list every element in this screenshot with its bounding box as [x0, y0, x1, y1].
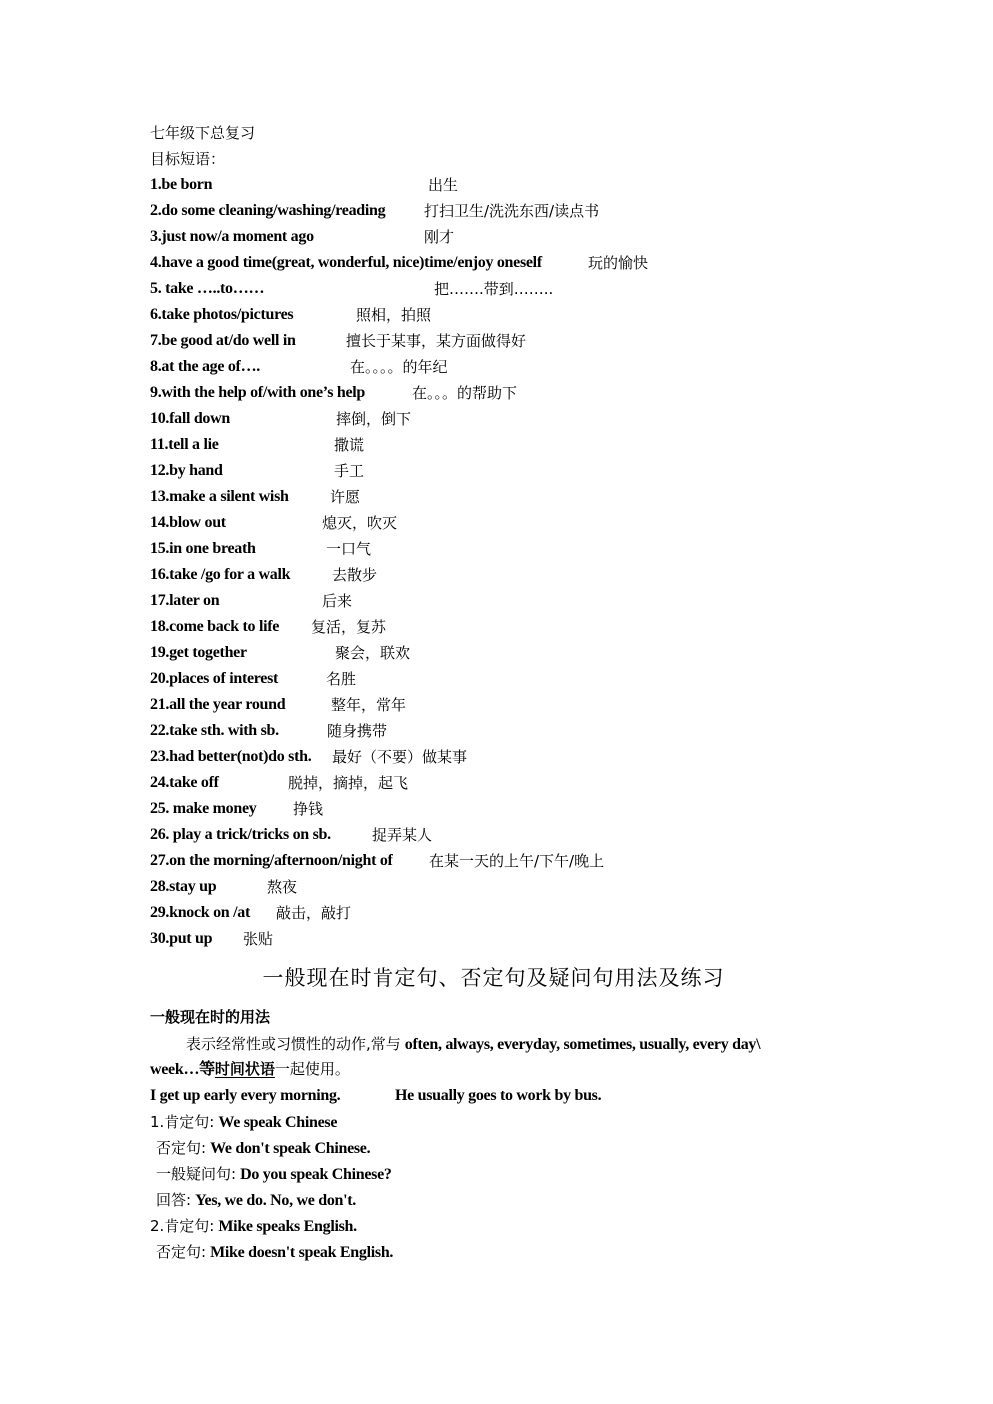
phrase-chinese: 在。。。的帮助下 [412, 380, 517, 406]
phrase-english: 29.knock on /at [150, 900, 250, 926]
phrase-row: 15.in one breath一口气 [150, 536, 850, 562]
phrase-chinese: 摔倒，倒下 [336, 406, 411, 432]
phrase-english: 28.stay up [150, 874, 216, 900]
phrase-chinese: 去散步 [332, 562, 377, 588]
example-text: Mike doesn't speak English. [210, 1244, 393, 1261]
phrase-chinese: 敲击，敲打 [276, 900, 351, 926]
phrase-english: 21.all the year round [150, 692, 285, 718]
phrase-english: 5. take …..to…… [150, 276, 264, 302]
usage-text-en: often, always, everyday, sometimes, usua… [405, 1036, 760, 1053]
example-row: 否定句: We don't speak Chinese. [156, 1135, 370, 1161]
doc-title: 七年级下总复习 [150, 120, 255, 146]
phrase-chinese: 挣钱 [293, 796, 323, 822]
phrase-english: 14.blow out [150, 510, 226, 536]
phrase-english: 13.make a silent wish [150, 484, 289, 510]
phrase-row: 7.be good at/do well in擅长于某事，某方面做得好 [150, 328, 850, 354]
phrase-row: 20.places of interest名胜 [150, 666, 850, 692]
phrase-row: 4.have a good time(great, wonderful, nic… [150, 250, 850, 276]
phrase-english: 18.come back to life [150, 614, 279, 640]
example-row: 否定句: Mike doesn't speak English. [156, 1239, 393, 1265]
usage-paragraph-line1: 表示经常性或习惯性的动作,常与 often, always, everyday,… [186, 1031, 760, 1057]
phrase-row: 26. play a trick/tricks on sb.捉弄某人 [150, 822, 850, 848]
example-row: 一般疑问句: Do you speak Chinese? [156, 1161, 392, 1187]
phrase-chinese: 整年，常年 [331, 692, 406, 718]
example-text: Do you speak Chinese? [240, 1166, 392, 1183]
phrase-chinese: 随身携带 [327, 718, 387, 744]
phrase-chinese: 在。。。。的年纪 [350, 354, 448, 380]
phrase-chinese: 最好（不要）做某事 [332, 744, 467, 770]
phrase-english: 8.at the age of…. [150, 354, 260, 380]
phrase-row: 8.at the age of….在。。。。的年纪 [150, 354, 850, 380]
phrase-chinese: 玩的愉快 [588, 250, 648, 276]
phrase-chinese: 在某一天的上午/下午/晚上 [429, 848, 604, 874]
phrase-english: 25. make money [150, 796, 256, 822]
phrase-row: 13.make a silent wish许愿 [150, 484, 850, 510]
phrase-chinese: 许愿 [330, 484, 360, 510]
phrase-chinese: 一口气 [326, 536, 371, 562]
usage-paragraph-line2: week…等时间状语一起使用。 [150, 1056, 350, 1082]
phrase-chinese: 擅长于某事，某方面做得好 [346, 328, 526, 354]
phrase-row: 22.take sth. with sb.随身携带 [150, 718, 850, 744]
usage-text-cn: 表示经常性或习惯性的动作,常与 [186, 1035, 401, 1053]
phrase-english: 1.be born [150, 172, 212, 198]
phrase-row: 1.be born出生 [150, 172, 850, 198]
phrase-chinese: 捉弄某人 [372, 822, 432, 848]
phrase-english: 4.have a good time(great, wonderful, nic… [150, 250, 542, 276]
example-text: We don't speak Chinese. [210, 1140, 370, 1157]
phrase-english: 19.get together [150, 640, 247, 666]
phrase-english: 15.in one breath [150, 536, 256, 562]
phrase-row: 18.come back to life复活，复苏 [150, 614, 850, 640]
example-label: 否定句: [156, 1139, 206, 1157]
phrase-row: 27.on the morning/afternoon/night of在某一天… [150, 848, 850, 874]
phrase-chinese: 后来 [322, 588, 352, 614]
phrase-english: 6.take photos/pictures [150, 302, 293, 328]
phrase-chinese: 出生 [428, 172, 458, 198]
phrase-english: 9.with the help of/with one’s help [150, 380, 365, 406]
example-row: 1.肯定句: We speak Chinese [150, 1109, 337, 1135]
phrase-chinese: 撒谎 [334, 432, 364, 458]
example-label: 1.肯定句: [150, 1113, 214, 1131]
section-title-text: 一般现在时肯定句、否定句及疑问句用法及练习 [263, 966, 725, 990]
example-row: 2.肯定句: Mike speaks English. [150, 1213, 357, 1239]
phrase-chinese: 张贴 [243, 926, 273, 952]
phrase-english: 12.by hand [150, 458, 223, 484]
phrase-row: 29.knock on /at敲击，敲打 [150, 900, 850, 926]
phrase-english: 16.take /go for a walk [150, 562, 290, 588]
phrase-row: 30.put up张贴 [150, 926, 850, 952]
phrase-row: 21.all the year round整年，常年 [150, 692, 850, 718]
phrase-chinese: 名胜 [326, 666, 356, 692]
phrase-row: 10.fall down摔倒，倒下 [150, 406, 850, 432]
phrase-row: 28.stay up熬夜 [150, 874, 850, 900]
usage-heading: 一般现在时的用法 [150, 1004, 270, 1030]
document-page: 七年级下总复习 目标短语： 1.be born出生2.do some clean… [0, 0, 993, 1404]
phrase-english: 24.take off [150, 770, 219, 796]
usage-line2-start: week…等 [150, 1061, 215, 1078]
phrase-row: 24.take off脱掉，摘掉，起飞 [150, 770, 850, 796]
example-row: 回答: Yes, we do. No, we don't. [156, 1187, 356, 1213]
phrase-english: 20.places of interest [150, 666, 278, 692]
phrase-chinese: 脱掉，摘掉，起飞 [288, 770, 408, 796]
phrase-chinese: 把…….带到…….. [434, 276, 553, 302]
phrase-english: 30.put up [150, 926, 212, 952]
phrase-chinese: 聚会，联欢 [335, 640, 410, 666]
phrase-english: 7.be good at/do well in [150, 328, 296, 354]
phrase-row: 11.tell a lie撒谎 [150, 432, 850, 458]
phrase-english: 11.tell a lie [150, 432, 219, 458]
phrase-chinese: 熬夜 [267, 874, 297, 900]
phrase-row: 16.take /go for a walk去散步 [150, 562, 850, 588]
example-text: Yes, we do. No, we don't. [195, 1192, 356, 1209]
example-label: 否定句: [156, 1243, 206, 1261]
phrase-chinese: 刚才 [424, 224, 454, 250]
phrase-english: 22.take sth. with sb. [150, 718, 279, 744]
phrase-row: 25. make money挣钱 [150, 796, 850, 822]
phrase-english: 26. play a trick/tricks on sb. [150, 822, 331, 848]
phrase-english: 23.had better(not)do sth. [150, 744, 311, 770]
phrase-chinese: 复活，复苏 [311, 614, 386, 640]
phrase-row: 19.get together聚会，联欢 [150, 640, 850, 666]
phrases-heading: 目标短语： [150, 146, 225, 172]
example-label: 回答: [156, 1191, 191, 1209]
phrase-row: 5. take …..to……把…….带到…….. [150, 276, 850, 302]
example-sentence-1: I get up early every morning. [150, 1083, 340, 1109]
phrase-row: 6.take photos/pictures照相，拍照 [150, 302, 850, 328]
phrase-row: 3.just now/a moment ago刚才 [150, 224, 850, 250]
phrase-row: 2.do some cleaning/washing/reading打扫卫生/洗… [150, 198, 850, 224]
section-title: 一般现在时肯定句、否定句及疑问句用法及练习 [0, 962, 993, 992]
phrase-row: 23.had better(not)do sth.最好（不要）做某事 [150, 744, 850, 770]
underlined-term: 时间状语 [215, 1060, 275, 1078]
phrase-chinese: 熄灭，吹灭 [322, 510, 397, 536]
phrase-english: 27.on the morning/afternoon/night of [150, 848, 393, 874]
example-sentence-2: He usually goes to work by bus. [395, 1083, 601, 1109]
phrase-chinese: 打扫卫生/洗洗东西/读点书 [424, 198, 599, 224]
phrase-english: 2.do some cleaning/washing/reading [150, 198, 385, 224]
phrase-chinese: 照相，拍照 [356, 302, 431, 328]
phrase-row: 9.with the help of/with one’s help在。。。的帮… [150, 380, 850, 406]
phrase-english: 10.fall down [150, 406, 230, 432]
example-text: We speak Chinese [218, 1114, 337, 1131]
phrase-english: 17.later on [150, 588, 219, 614]
phrase-chinese: 手工 [334, 458, 364, 484]
phrase-row: 14.blow out熄灭，吹灭 [150, 510, 850, 536]
phrase-row: 17.later on后来 [150, 588, 850, 614]
example-text: Mike speaks English. [218, 1218, 357, 1235]
phrase-english: 3.just now/a moment ago [150, 224, 314, 250]
usage-line2-end: 一起使用。 [275, 1060, 350, 1078]
phrase-row: 12.by hand手工 [150, 458, 850, 484]
example-label: 一般疑问句: [156, 1165, 236, 1183]
example-label: 2.肯定句: [150, 1217, 214, 1235]
